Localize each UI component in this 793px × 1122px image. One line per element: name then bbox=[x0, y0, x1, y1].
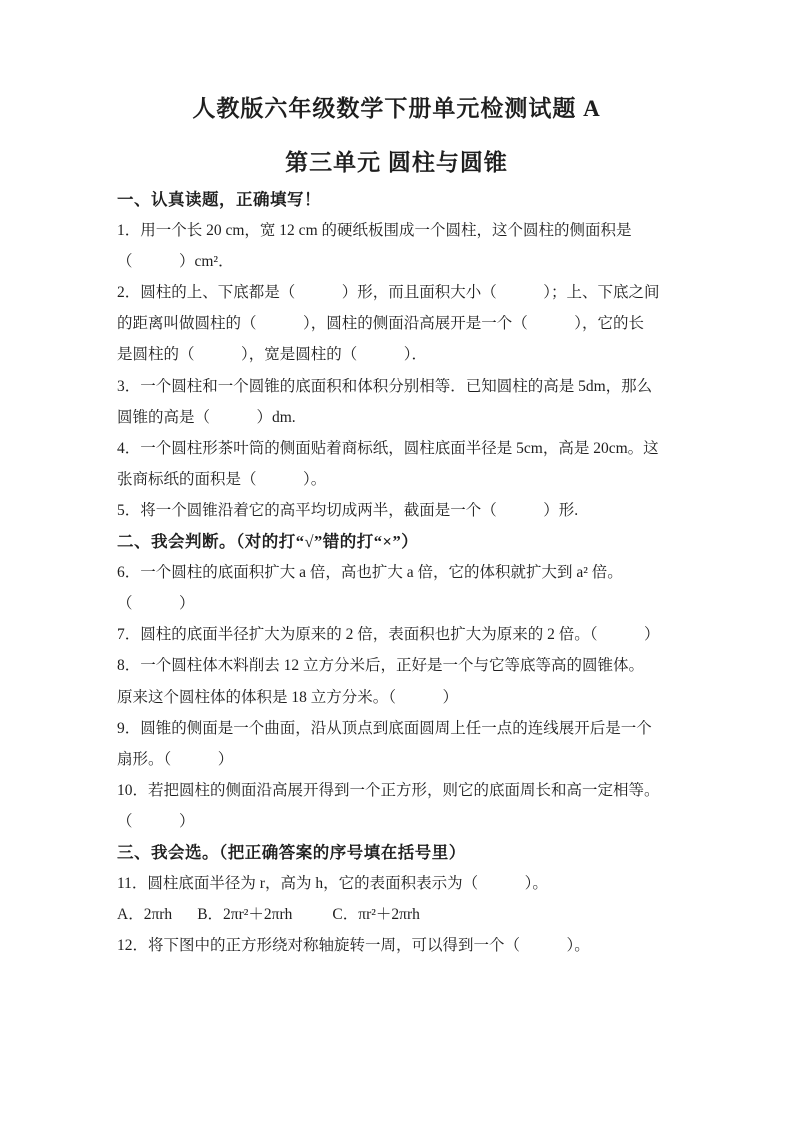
question-8-line-2: 原来这个圆柱体的体积是 18 立方分米。（ ） bbox=[117, 682, 703, 713]
question-4-line-2: 张商标纸的面积是（ ）。 bbox=[117, 464, 703, 495]
question-1-line-1: 1．用一个长 20 cm，宽 12 cm 的硬纸板围成一个圆柱，这个圆柱的侧面积… bbox=[117, 215, 703, 246]
question-2-line-1: 2．圆柱的上、下底都是（ ）形，而且面积大小（ ）；上、下底之间 bbox=[117, 277, 703, 308]
question-11-options: A．2πrh B．2πr²＋2πrh C．πr²＋2πrh bbox=[117, 899, 703, 930]
question-2-line-3: 是圆柱的（ ），宽是圆柱的（ ）． bbox=[117, 339, 703, 370]
question-7-line-1: 7．圆柱的底面半径扩大为原来的 2 倍，表面积也扩大为原来的 2 倍。（ ） bbox=[117, 619, 703, 650]
question-3-line-2: 圆锥的高是（ ）dm. bbox=[117, 402, 703, 433]
question-1-line-2: （ ）cm²． bbox=[117, 246, 703, 277]
question-11-option-b: B．2πr²＋2πrh bbox=[197, 899, 292, 930]
section-1-heading: 一、认真读题，正确填写！ bbox=[117, 184, 703, 215]
question-8-line-1: 8．一个圆柱体木料削去 12 立方分米后，正好是一个与它等底等高的圆锥体。 bbox=[117, 650, 703, 681]
question-11-option-a: A．2πrh bbox=[117, 899, 172, 930]
doc-title: 人教版六年级数学下册单元检测试题 A bbox=[0, 95, 793, 123]
question-9-line-1: 9．圆锥的侧面是一个曲面，沿从顶点到底面圆周上任一点的连线展开后是一个 bbox=[117, 713, 703, 744]
question-2-line-2: 的距离叫做圆柱的（ ），圆柱的侧面沿高展开是一个（ ），它的长 bbox=[117, 308, 703, 339]
document-page: 人教版六年级数学下册单元检测试题 A 第三单元 圆柱与圆锥 一、认真读题，正确填… bbox=[0, 0, 793, 1122]
section-2-heading: 二、我会判断。（对的打“√”错的打“×”） bbox=[117, 526, 703, 557]
question-5-line-1: 5．将一个圆锥沿着它的高平均切成两半，截面是一个（ ）形. bbox=[117, 495, 703, 526]
doc-body: 一、认真读题，正确填写！ 1．用一个长 20 cm，宽 12 cm 的硬纸板围成… bbox=[0, 184, 793, 961]
section-3-heading: 三、我会选。（把正确答案的序号填在括号里） bbox=[117, 837, 703, 868]
question-4-line-1: 4．一个圆柱形茶叶筒的侧面贴着商标纸，圆柱底面半径是 5cm，高是 20cm。这 bbox=[117, 433, 703, 464]
question-11-option-c: C．πr²＋2πrh bbox=[332, 899, 419, 930]
question-6-line-1: 6．一个圆柱的底面积扩大 a 倍，高也扩大 a 倍，它的体积就扩大到 a² 倍。 bbox=[117, 557, 703, 588]
doc-subtitle: 第三单元 圆柱与圆锥 bbox=[0, 149, 793, 177]
question-10-line-2: （ ） bbox=[117, 806, 703, 837]
question-10-line-1: 10．若把圆柱的侧面沿高展开得到一个正方形，则它的底面周长和高一定相等。 bbox=[117, 775, 703, 806]
question-3-line-1: 3．一个圆柱和一个圆锥的底面积和体积分别相等．已知圆柱的高是 5dm，那么 bbox=[117, 371, 703, 402]
question-9-line-2: 扇形。（ ） bbox=[117, 744, 703, 775]
question-12-line-1: 12．将下图中的正方形绕对称轴旋转一周，可以得到一个（ ）。 bbox=[117, 930, 703, 961]
question-6-line-2: （ ） bbox=[117, 588, 703, 619]
question-11-line-1: 11．圆柱底面半径为 r，高为 h，它的表面积表示为（ ）。 bbox=[117, 868, 703, 899]
